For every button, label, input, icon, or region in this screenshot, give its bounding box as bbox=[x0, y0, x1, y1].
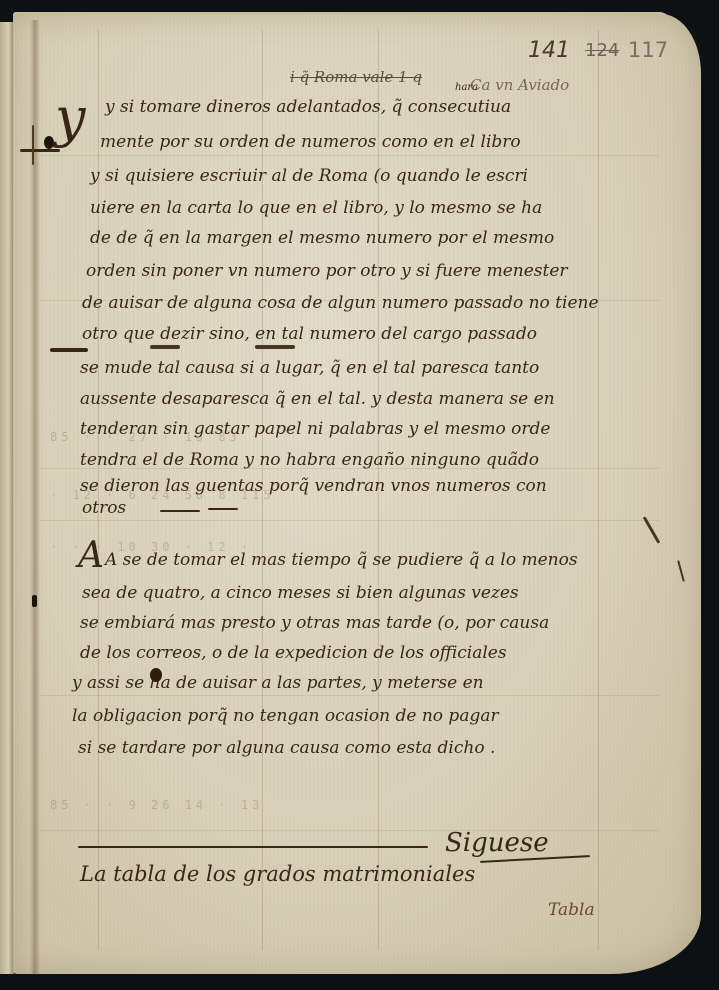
text-line: tendra el de Roma y no habra engaño ning… bbox=[80, 450, 539, 470]
ruled-line bbox=[40, 830, 660, 831]
margin-cross-mark bbox=[32, 125, 34, 165]
margin-cross-mark bbox=[20, 149, 60, 152]
text-line: y assi se ha de auisar a las partes, y m… bbox=[72, 673, 484, 693]
text-line: mente por su orden de numeros como en el… bbox=[100, 132, 521, 152]
text-line: A se de tomar el mas tiempo q̃ se pudier… bbox=[105, 550, 578, 570]
ink-blot bbox=[150, 668, 162, 682]
catchword: Siguese bbox=[445, 828, 549, 858]
folio-number: 141 bbox=[528, 38, 570, 63]
ink-blot bbox=[44, 136, 54, 149]
ink-mark bbox=[32, 595, 37, 607]
ruled-line bbox=[40, 520, 660, 521]
ruled-line bbox=[40, 155, 660, 156]
text-line: si se tardare por alguna causa como esta… bbox=[78, 738, 495, 758]
text-line: se embiará mas presto y otras mas tarde … bbox=[80, 613, 549, 633]
ink-smudge bbox=[150, 345, 180, 349]
text-line: otro que dezir sino, en tal numero del c… bbox=[82, 324, 537, 344]
margin-flourish bbox=[50, 348, 88, 352]
previous-page-edge bbox=[0, 22, 14, 974]
interlinear-note: hara bbox=[455, 82, 478, 93]
text-line: y si quisiere escriuir al de Roma (o qua… bbox=[90, 166, 528, 186]
text-line: orden sin poner vn numero por otro y si … bbox=[86, 261, 568, 281]
text-line: de los correos, o de la expedicion de lo… bbox=[80, 643, 507, 663]
struck-header-text: i q̃ Roma vale 1 q bbox=[290, 68, 422, 86]
closing-mark: Tabla bbox=[548, 900, 595, 920]
line-filler-stroke bbox=[160, 510, 200, 512]
initial-capital: A bbox=[78, 535, 104, 576]
text-line: de auisar de alguna cosa de algun numero… bbox=[82, 293, 599, 313]
initial-capital: y bbox=[55, 86, 86, 149]
header-heading: Ca vn Aviado bbox=[470, 76, 569, 94]
text-line: otros bbox=[82, 498, 126, 518]
text-line: tenderan sin gastar papel ni palabras y … bbox=[80, 419, 550, 439]
text-line: y si tomare dineros adelantados, q̃ cons… bbox=[105, 97, 511, 117]
rule-stroke bbox=[78, 846, 428, 848]
folio-number-struck: 124 bbox=[585, 40, 619, 61]
text-line: la obligacion porq̃ no tengan ocasion de… bbox=[72, 706, 499, 726]
text-line: sea de quatro, a cinco meses si bien alg… bbox=[82, 583, 519, 603]
text-line: uiere en la carta lo que en el libro, y … bbox=[90, 198, 542, 218]
ruled-line bbox=[40, 695, 660, 696]
line-filler-stroke bbox=[208, 508, 238, 510]
text-line: se dieron las guentas porq̃ vendran vnos… bbox=[80, 476, 547, 496]
folio-number-pencil: 117 bbox=[628, 38, 668, 62]
text-line: de de q̃ en la margen el mesmo numero po… bbox=[90, 228, 554, 248]
bleed-through-numerals: 85 · · 9 26 14 · 13 bbox=[50, 798, 263, 812]
ink-smudge bbox=[255, 345, 295, 349]
ruled-line bbox=[598, 30, 599, 950]
closing-line: La tabla de los grados matrimoniales bbox=[80, 862, 475, 886]
text-line: se mude tal causa si a lugar, q̃ en el t… bbox=[80, 358, 539, 378]
text-line: aussente desaparesca q̃ en el tal. y des… bbox=[80, 389, 555, 409]
